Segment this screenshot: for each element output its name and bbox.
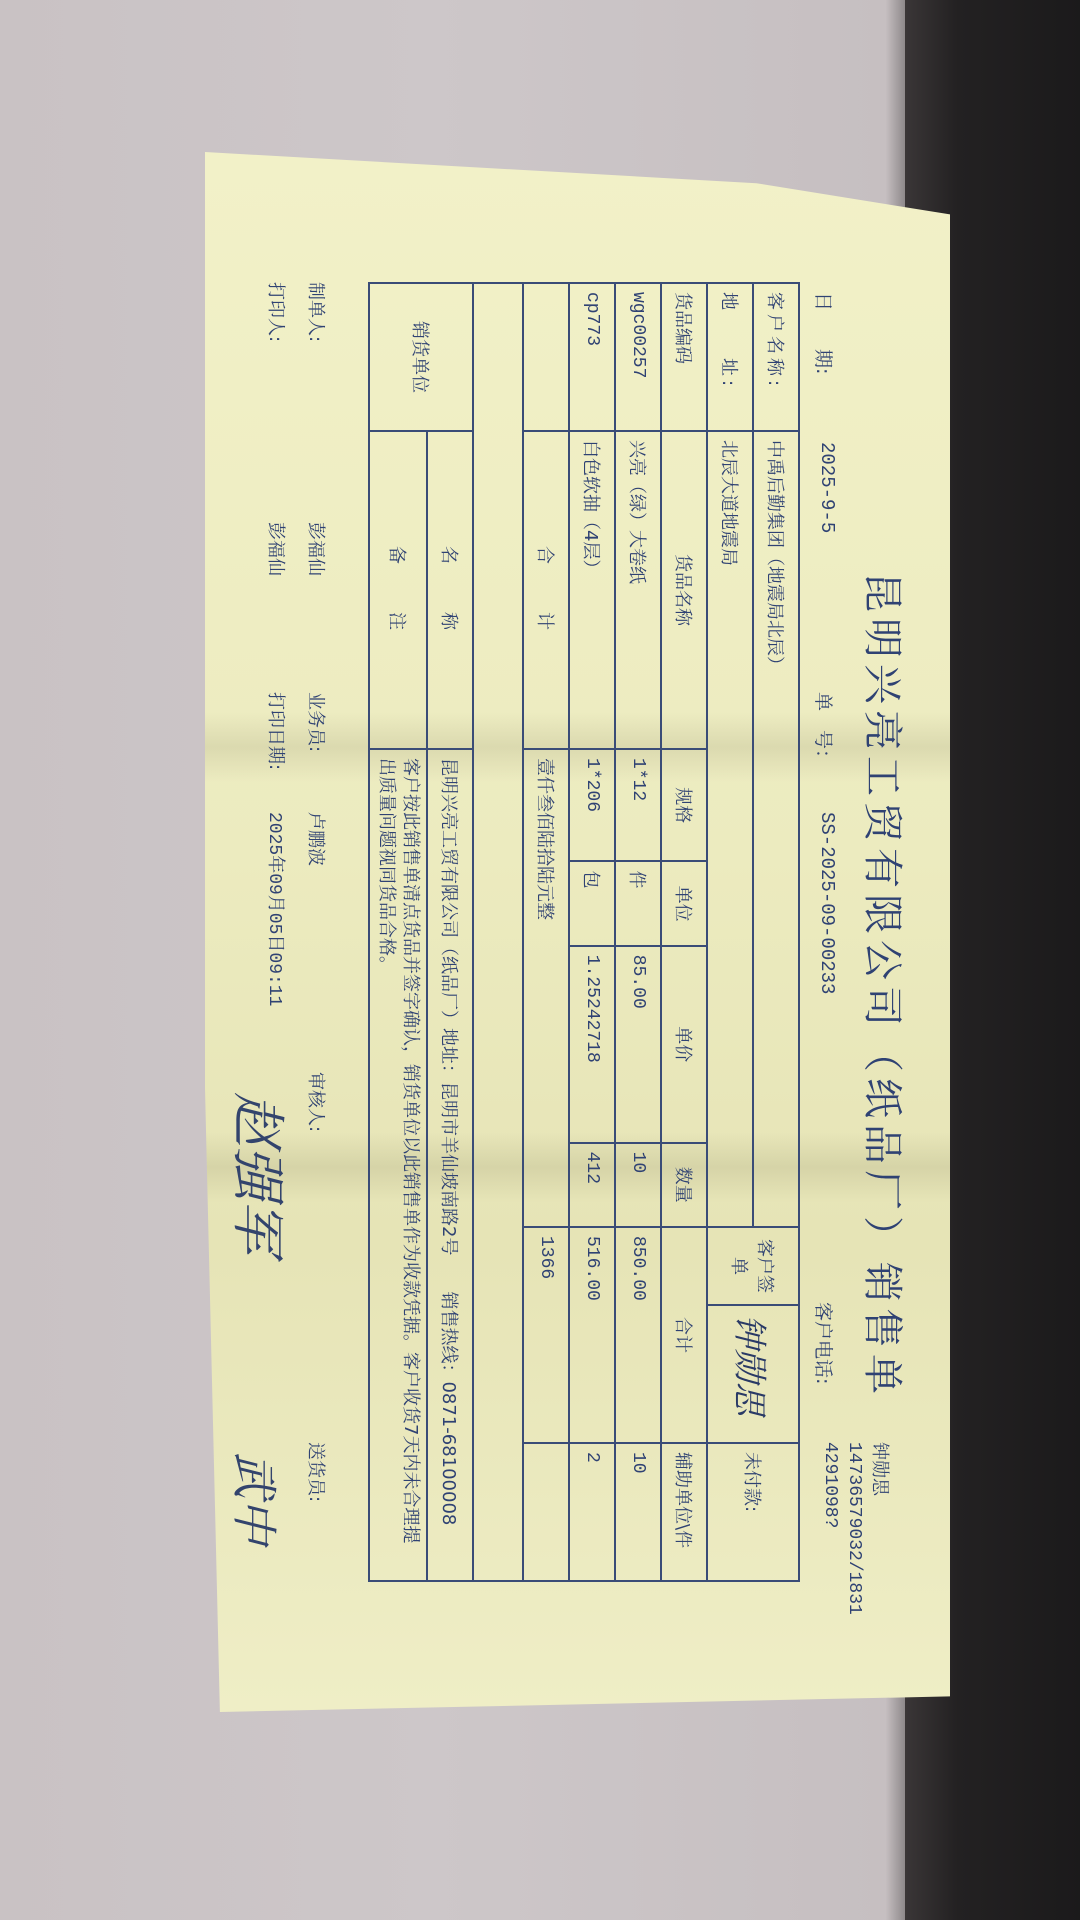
item-qty: 10 — [615, 1143, 661, 1227]
col-price: 单价 — [661, 946, 707, 1143]
item-unit: 件 — [615, 861, 661, 945]
printer-label: 打印人: — [264, 282, 290, 342]
seller-name-label: 名 称 — [427, 431, 473, 749]
remark-value: 客户按此销售单清点货品并签字确认，销货单位以此销售单作为收款凭据。客户收货7天内… — [369, 749, 427, 1581]
total-aux-empty — [523, 1443, 569, 1581]
item-code: wgc00257 — [615, 283, 661, 431]
contact-name: 钟勋思 — [866, 1442, 890, 1615]
total-value: 1366 — [523, 1227, 569, 1443]
address-label: 地 址: — [707, 283, 753, 431]
col-qty: 数量 — [661, 1143, 707, 1227]
salesman-label: 业务员: — [304, 692, 330, 752]
date-value: 2025-9-5 — [816, 442, 838, 533]
reviewer-signature: 赵强军 — [223, 1092, 300, 1254]
maker-value: 彭福仙 — [304, 522, 330, 576]
unpaid-label: 未付款: — [707, 1443, 799, 1581]
contact-phone-1: 14736579032/1831 — [842, 1442, 866, 1615]
seller-unit-label: 销货单位 — [369, 283, 473, 431]
col-code: 货品编码 — [661, 283, 707, 431]
item-spec: 1*206 — [569, 749, 615, 861]
total-row: 合 计 壹仟叁佰陆拾陆元整 1366 — [523, 283, 569, 1581]
item-aux: 2 — [569, 1443, 615, 1581]
sales-receipt: 昆明兴亮工贸有限公司（纸品厂）销售单 钟勋思 14736579032/1831 … — [205, 152, 950, 1712]
table-header-row: 货品编码 货品名称 规格 单位 单价 数量 合计 辅助单位\件 — [661, 283, 707, 1581]
customer-signature-label: 客户签单 — [707, 1227, 799, 1305]
col-total: 合计 — [661, 1227, 707, 1443]
print-date-value: 2025年09月05日09:11 — [264, 812, 290, 1006]
remark-line-2: 出质量问题视同货品合格。 — [374, 758, 398, 1572]
total-spacer — [523, 283, 569, 431]
seller-name-row: 销货单位 名 称 昆明兴亮工贸有限公司（纸品厂）地址：昆明市羊仙坡南路2号 销售… — [427, 283, 473, 1581]
item-total: 516.00 — [569, 1227, 615, 1443]
item-qty: 412 — [569, 1143, 615, 1227]
remark-line-1: 客户按此销售单清点货品并签字确认，销货单位以此销售单作为收款凭据。客户收货7天内… — [398, 758, 422, 1572]
deliverer-signature: 武中 — [224, 1452, 290, 1544]
item-price: 85.00 — [615, 946, 661, 1143]
item-aux: 10 — [615, 1443, 661, 1581]
blank-row — [473, 283, 523, 1581]
order-no-label: 单 号： — [811, 692, 838, 768]
receipt-table: 客户名称: 中禹后勤集团（地震局北辰） 客户签单 钟勋思 未付款: 地 址: 北… — [368, 282, 800, 1582]
item-name: 白色软抽（4层） — [569, 431, 615, 749]
customer-name-value: 中禹后勤集团（地震局北辰） — [753, 431, 799, 1227]
customer-name-row: 客户名称: 中禹后勤集团（地震局北辰） 客户签单 钟勋思 未付款: — [753, 283, 799, 1581]
printer-value: 彭福仙 — [264, 522, 290, 576]
remark-label: 备 注 — [369, 431, 427, 749]
table-row: wgc00257 兴亮（绿）大卷纸 1*12 件 85.00 10 850.00… — [615, 283, 661, 1581]
item-code: cp773 — [569, 283, 615, 431]
table-row: cp773 白色软抽（4层） 1*206 包 1.2524​2718 412 5… — [569, 283, 615, 1581]
seller-name-value: 昆明兴亮工贸有限公司（纸品厂）地址：昆明市羊仙坡南路2号 销售热线：0871-6… — [427, 749, 473, 1581]
address-value: 北辰大道地震局 — [707, 431, 753, 1227]
customer-signature: 钟勋思 — [707, 1305, 799, 1443]
customer-phone-label: 客户电话: — [811, 1302, 838, 1384]
total-in-words: 壹仟叁佰陆拾陆元整 — [523, 749, 569, 1227]
item-unit: 包 — [569, 861, 615, 945]
item-name: 兴亮（绿）大卷纸 — [615, 431, 661, 749]
date-label: 日 期: — [811, 292, 838, 374]
item-spec: 1*12 — [615, 749, 661, 861]
customer-contact: 钟勋思 14736579032/1831 4291098? — [818, 1442, 890, 1615]
print-date-label: 打印日期: — [264, 692, 290, 770]
receipt-title: 昆明兴亮工贸有限公司（纸品厂）销售单 — [857, 572, 914, 1400]
col-unit: 单位 — [661, 861, 707, 945]
col-name: 货品名称 — [661, 431, 707, 749]
col-aux: 辅助单位\件 — [661, 1443, 707, 1581]
col-spec: 规格 — [661, 749, 707, 861]
remark-row: 备 注 客户按此销售单清点货品并签字确认，销货单位以此销售单作为收款凭据。客户收… — [369, 283, 427, 1581]
reviewer-label: 审核人: — [304, 1072, 330, 1132]
customer-name-label: 客户名称: — [753, 283, 799, 431]
item-price: 1.2524​2718 — [569, 946, 615, 1143]
item-total: 850.00 — [615, 1227, 661, 1443]
order-no-value: SS-2025-09-00233 — [816, 812, 838, 994]
contact-phone-2: 4291098? — [818, 1442, 842, 1615]
salesman-value: 卢鹏波 — [304, 812, 330, 866]
deliverer-label: 送货员: — [304, 1442, 330, 1502]
total-label: 合 计 — [523, 431, 569, 749]
maker-label: 制单人: — [304, 282, 330, 342]
blank-cell — [473, 283, 523, 1581]
